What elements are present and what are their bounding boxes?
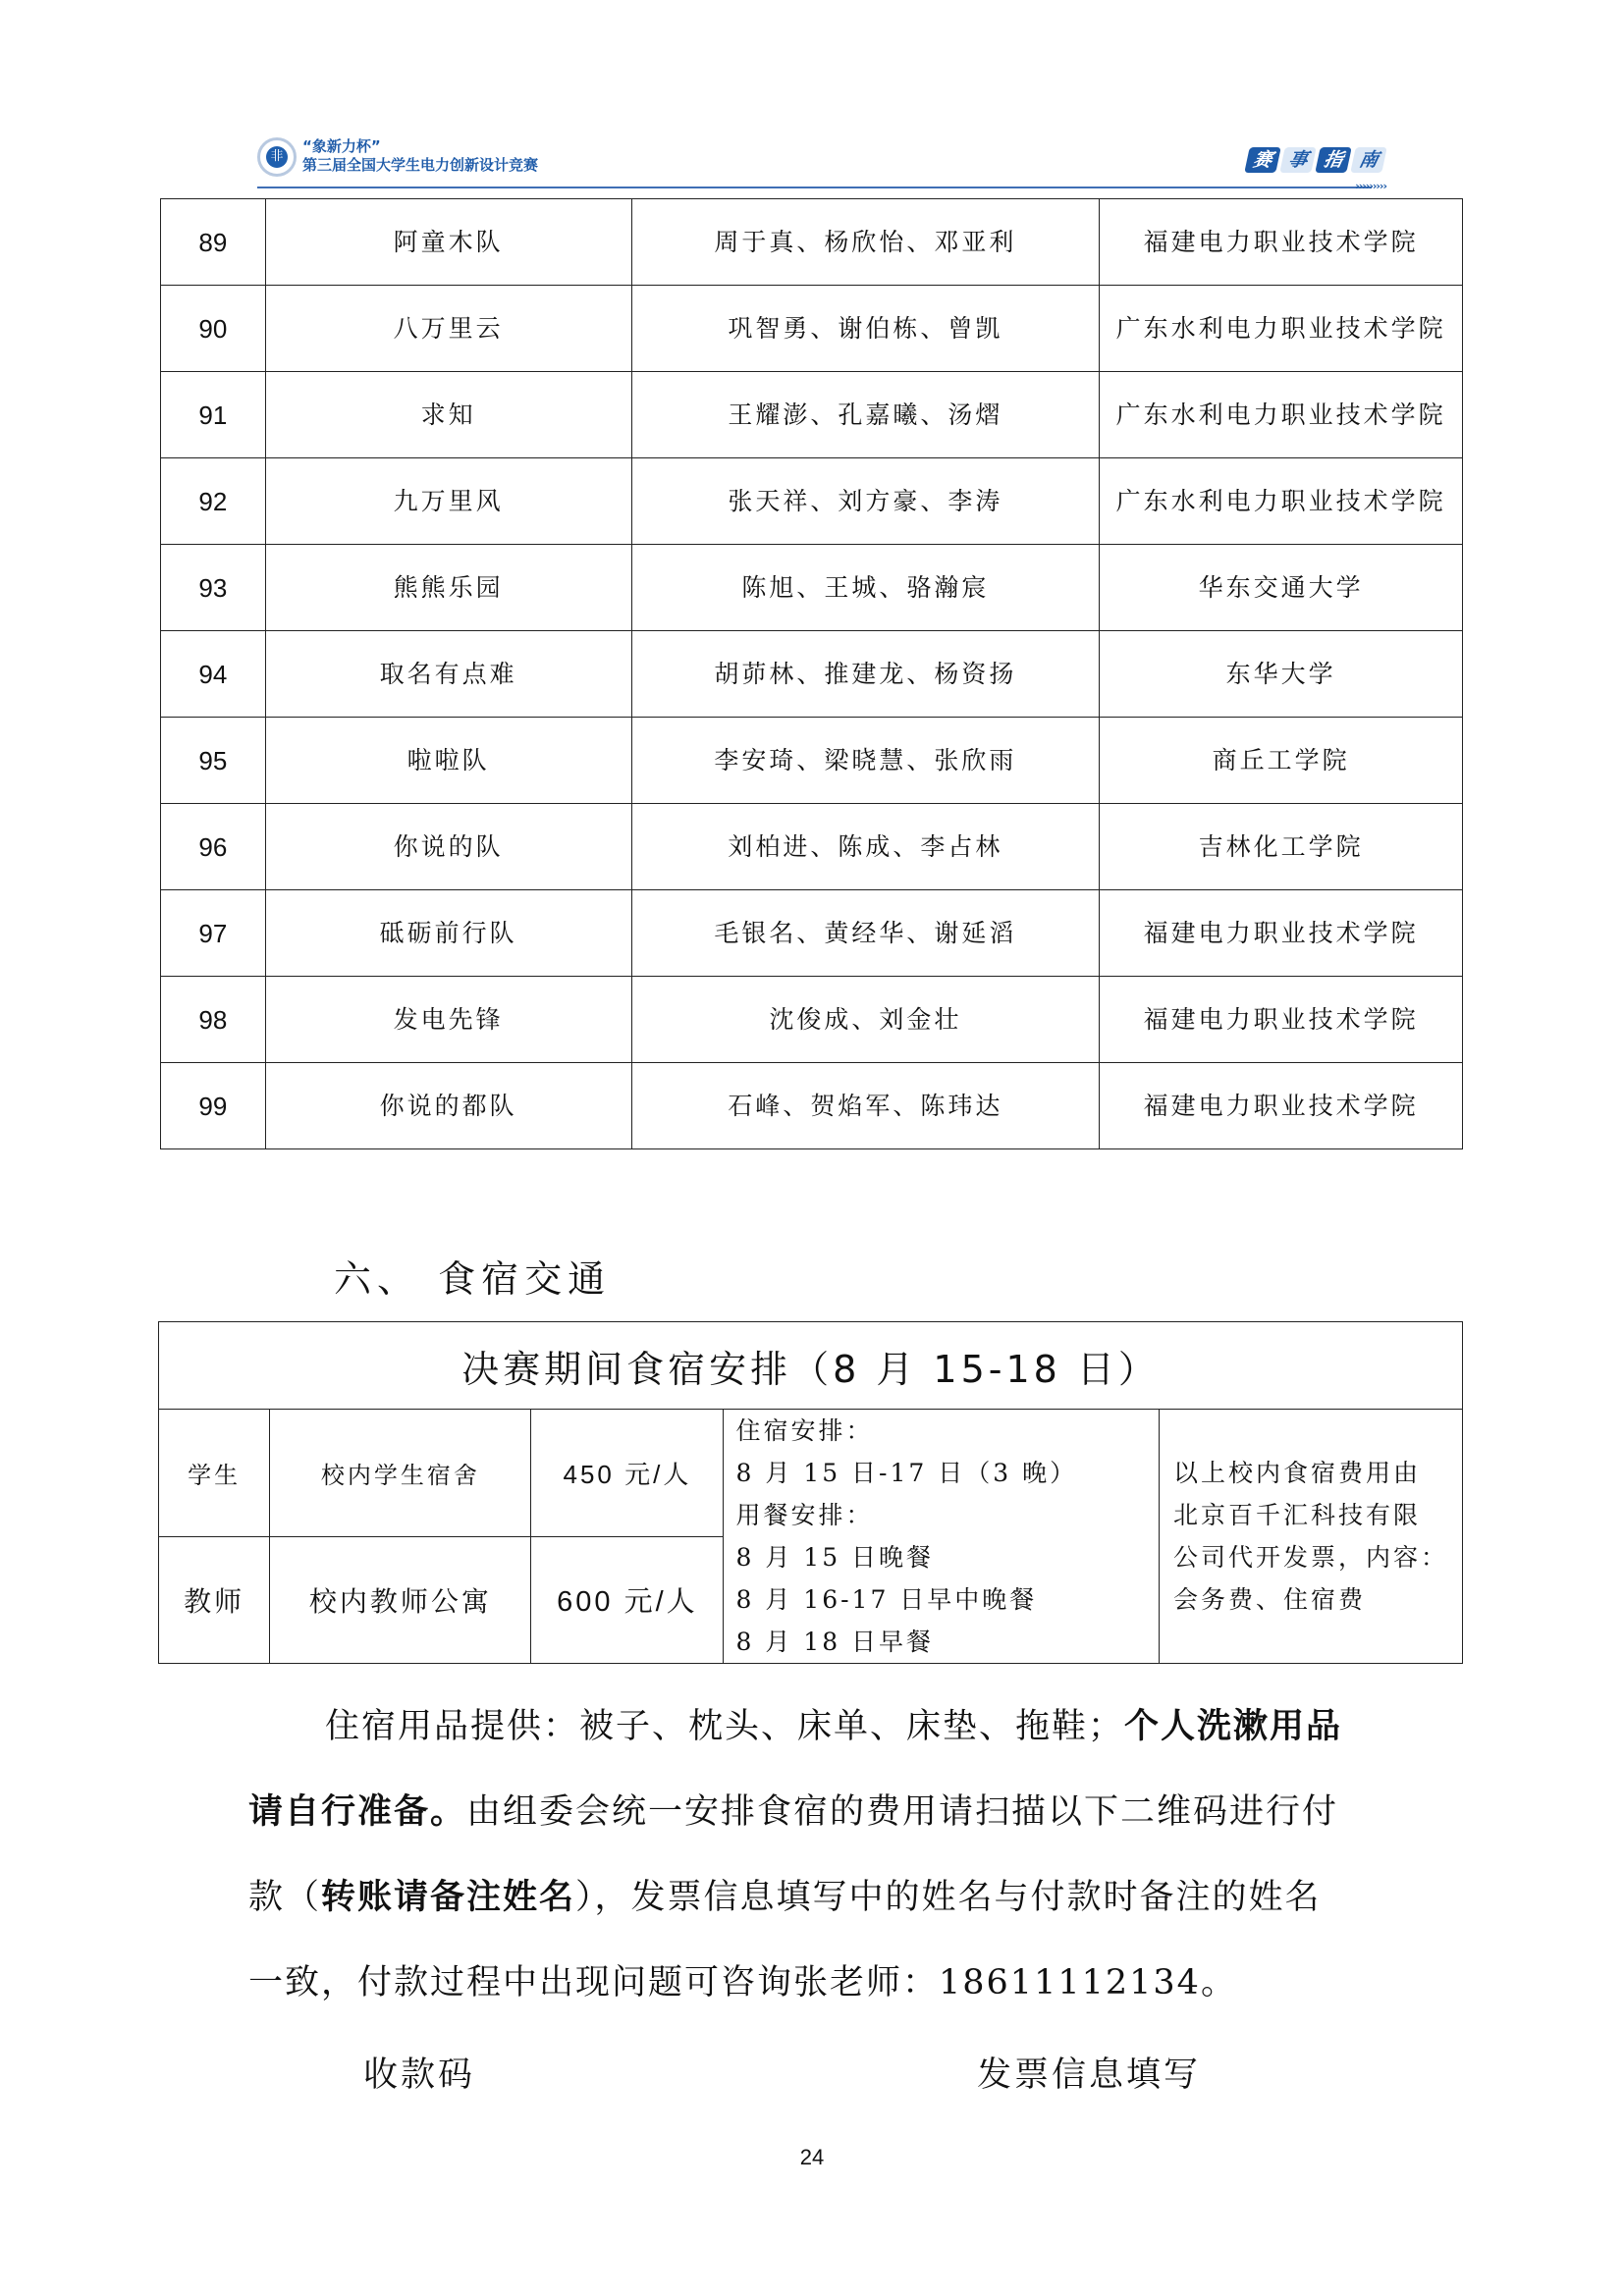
page-number: 24: [0, 2145, 1624, 2170]
note-line: 公司代开发票，内容：: [1173, 1536, 1448, 1578]
badge-char: 南: [1350, 147, 1387, 173]
school-cell: 福建电力职业技术学院: [1100, 977, 1463, 1063]
team-name-cell: 发电先锋: [265, 977, 631, 1063]
table-row: 98发电先锋沈俊成、刘金壮福建电力职业技术学院: [161, 977, 1463, 1063]
accommodation-cell: 校内学生宿舍: [270, 1410, 531, 1537]
team-number-cell: 92: [161, 458, 266, 545]
team-number-cell: 89: [161, 199, 266, 286]
accommodation-table: 决赛期间食宿安排（8 月 15-18 日） 学生 校内学生宿舍 450 元/人 …: [158, 1321, 1463, 1664]
school-cell: 华东交通大学: [1100, 545, 1463, 631]
paragraph-text: 住宿用品提供：被子、枕头、床单、床垫、拖鞋；: [325, 1707, 1124, 1746]
school-cell: 福建电力职业技术学院: [1100, 890, 1463, 977]
paragraph-text: ），发票信息填写中的姓名与付款时备注的姓名: [575, 1878, 1322, 1917]
role-cell: 学生: [159, 1410, 270, 1537]
school-cell: 吉林化工学院: [1100, 804, 1463, 890]
paragraph-line: 一致，付款过程中出现问题可咨询张老师：18611112134。: [248, 1941, 1387, 2026]
table-row: 94取名有点难胡茆林、推建龙、杨资扬东华大学: [161, 631, 1463, 718]
team-number-cell: 90: [161, 286, 266, 372]
header-divider: [257, 187, 1372, 188]
team-number-cell: 97: [161, 890, 266, 977]
competition-logo-icon: 非: [257, 137, 297, 177]
table-row: 93熊熊乐园陈旭、王城、骆瀚宸华东交通大学: [161, 545, 1463, 631]
team-name-cell: 熊熊乐园: [265, 545, 631, 631]
team-name-cell: 砥砺前行队: [265, 890, 631, 977]
paragraph-bold-text: 个人洗漱用品: [1124, 1707, 1342, 1746]
accommodation-paragraph: 住宿用品提供：被子、枕头、床单、床垫、拖鞋；个人洗漱用品 请自行准备。由组委会统…: [248, 1684, 1387, 2026]
schedule-line: 8 月 15 日-17 日（3 晚）: [735, 1452, 1147, 1494]
chevrons-icon: ›››››››››: [1355, 180, 1386, 192]
team-table: 89阿童木队周于真、杨欣怡、邓亚利福建电力职业技术学院90八万里云巩智勇、谢伯栋…: [160, 198, 1463, 1149]
school-cell: 商丘工学院: [1100, 718, 1463, 804]
school-cell: 福建电力职业技术学院: [1100, 1063, 1463, 1149]
badge-char: 赛: [1244, 147, 1281, 173]
invoice-note-cell: 以上校内食宿费用由 北京百千汇科技有限 公司代开发票，内容： 会务费、住宿费: [1159, 1410, 1462, 1664]
price-cell: 600 元/人: [531, 1536, 724, 1664]
team-name-cell: 啦啦队: [265, 718, 631, 804]
members-cell: 胡茆林、推建龙、杨资扬: [631, 631, 1100, 718]
header-title: “象新力杯” 第三届全国大学生电力创新设计竞赛: [302, 137, 538, 175]
school-cell: 福建电力职业技术学院: [1100, 199, 1463, 286]
table-row: 97砥砺前行队毛银名、黄经华、谢延滔福建电力职业技术学院: [161, 890, 1463, 977]
paragraph-text: 一致，付款过程中出现问题可咨询张老师：18611112134。: [248, 1963, 1237, 2002]
team-name-cell: 你说的队: [265, 804, 631, 890]
section-heading: 六、 食宿交通: [334, 1249, 611, 1303]
table-row: 91求知王耀澎、孔嘉曦、汤熠广东水利电力职业技术学院: [161, 372, 1463, 458]
logo-glyph: 非: [266, 146, 288, 168]
paragraph-line: 款（转账请备注姓名），发票信息填写中的姓名与付款时备注的姓名: [248, 1855, 1387, 1941]
team-name-cell: 八万里云: [265, 286, 631, 372]
team-number-cell: 95: [161, 718, 266, 804]
members-cell: 巩智勇、谢伯栋、曾凯: [631, 286, 1100, 372]
team-number-cell: 96: [161, 804, 266, 890]
accommodation-table-title: 决赛期间食宿安排（8 月 15-18 日）: [159, 1322, 1463, 1410]
accommodation-cell: 校内教师公寓: [270, 1536, 531, 1664]
schedule-line: 8 月 18 日早餐: [735, 1621, 1147, 1663]
note-line: 会务费、住宿费: [1173, 1578, 1448, 1621]
paragraph-bold-text: 请自行准备。: [248, 1792, 466, 1832]
paragraph-text: 款（: [248, 1878, 321, 1917]
invoice-qr-label: 发票信息填写: [977, 2048, 1201, 2097]
badge-char: 事: [1279, 147, 1317, 173]
table-row: 92九万里风张天祥、刘方豪、李涛广东水利电力职业技术学院: [161, 458, 1463, 545]
members-cell: 陈旭、王城、骆瀚宸: [631, 545, 1100, 631]
payment-qr-label: 收款码: [363, 2048, 475, 2097]
school-cell: 东华大学: [1100, 631, 1463, 718]
team-number-cell: 94: [161, 631, 266, 718]
members-cell: 刘柏进、陈成、李占林: [631, 804, 1100, 890]
members-cell: 石峰、贺焰军、陈玮达: [631, 1063, 1100, 1149]
school-cell: 广东水利电力职业技术学院: [1100, 372, 1463, 458]
table-row: 89阿童木队周于真、杨欣怡、邓亚利福建电力职业技术学院: [161, 199, 1463, 286]
team-number-cell: 98: [161, 977, 266, 1063]
members-cell: 李安琦、梁晓慧、张欣雨: [631, 718, 1100, 804]
table-row: 95啦啦队李安琦、梁晓慧、张欣雨商丘工学院: [161, 718, 1463, 804]
members-cell: 张天祥、刘方豪、李涛: [631, 458, 1100, 545]
team-number-cell: 91: [161, 372, 266, 458]
header-title-line2: 第三届全国大学生电力创新设计竞赛: [302, 155, 538, 175]
table-row: 96你说的队刘柏进、陈成、李占林吉林化工学院: [161, 804, 1463, 890]
team-name-cell: 阿童木队: [265, 199, 631, 286]
schedule-cell: 住宿安排： 8 月 15 日-17 日（3 晚） 用餐安排： 8 月 15 日晚…: [724, 1410, 1160, 1664]
paragraph-line: 住宿用品提供：被子、枕头、床单、床垫、拖鞋；个人洗漱用品: [248, 1684, 1387, 1770]
table-row: 90八万里云巩智勇、谢伯栋、曾凯广东水利电力职业技术学院: [161, 286, 1463, 372]
members-cell: 周于真、杨欣怡、邓亚利: [631, 199, 1100, 286]
badge-char: 指: [1315, 147, 1352, 173]
page-header: 非 “象新力杯” 第三届全国大学生电力创新设计竞赛 赛 事 指 南 ››››››…: [257, 135, 1386, 194]
table-row: 学生 校内学生宿舍 450 元/人 住宿安排： 8 月 15 日-17 日（3 …: [159, 1410, 1463, 1537]
header-title-line1: “象新力杯”: [302, 137, 538, 155]
team-number-cell: 93: [161, 545, 266, 631]
members-cell: 毛银名、黄经华、谢延滔: [631, 890, 1100, 977]
price-cell: 450 元/人: [531, 1410, 724, 1537]
team-number-cell: 99: [161, 1063, 266, 1149]
team-name-cell: 九万里风: [265, 458, 631, 545]
schedule-line: 8 月 16-17 日早中晚餐: [735, 1578, 1147, 1621]
members-cell: 沈俊成、刘金壮: [631, 977, 1100, 1063]
note-line: 北京百千汇科技有限: [1173, 1494, 1448, 1536]
schedule-line: 用餐安排：: [735, 1494, 1147, 1536]
schedule-line: 8 月 15 日晚餐: [735, 1536, 1147, 1578]
paragraph-text: 由组委会统一安排食宿的费用请扫描以下二维码进行付: [466, 1792, 1338, 1832]
table-row: 99你说的都队石峰、贺焰军、陈玮达福建电力职业技术学院: [161, 1063, 1463, 1149]
role-cell: 教师: [159, 1536, 270, 1664]
guide-badge: 赛 事 指 南: [1247, 147, 1384, 173]
note-line: 以上校内食宿费用由: [1173, 1452, 1448, 1494]
school-cell: 广东水利电力职业技术学院: [1100, 458, 1463, 545]
school-cell: 广东水利电力职业技术学院: [1100, 286, 1463, 372]
paragraph-line: 请自行准备。由组委会统一安排食宿的费用请扫描以下二维码进行付: [248, 1770, 1387, 1855]
team-name-cell: 你说的都队: [265, 1063, 631, 1149]
schedule-line: 住宿安排：: [735, 1410, 1147, 1452]
members-cell: 王耀澎、孔嘉曦、汤熠: [631, 372, 1100, 458]
team-name-cell: 取名有点难: [265, 631, 631, 718]
paragraph-bold-text: 转账请备注姓名: [321, 1878, 575, 1917]
team-name-cell: 求知: [265, 372, 631, 458]
